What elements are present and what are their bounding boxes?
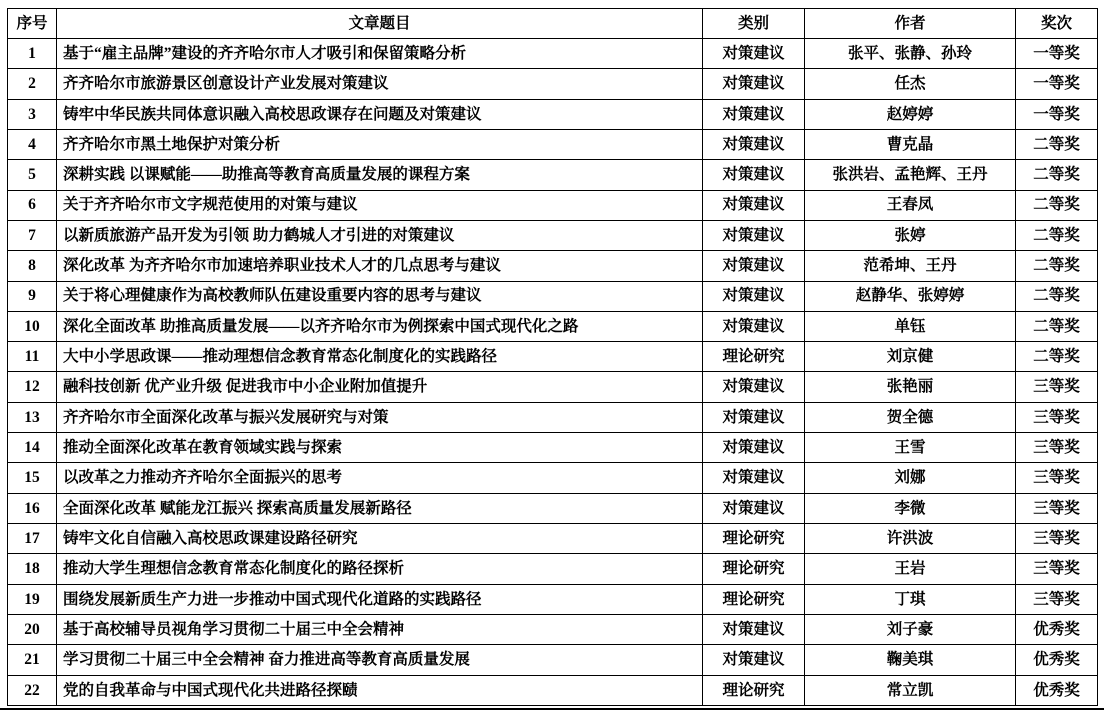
table-row: 18推动大学生理想信念教育常态化制度化的路径探析理论研究王岩三等奖	[8, 554, 1098, 584]
row-number-cell: 7	[8, 220, 57, 250]
award-cell: 三等奖	[1016, 463, 1098, 493]
category-cell: 对策建议	[703, 39, 805, 69]
award-cell: 三等奖	[1016, 584, 1098, 614]
row-number-cell: 18	[8, 554, 57, 584]
author-cell: 曹克晶	[805, 129, 1016, 159]
award-cell: 一等奖	[1016, 39, 1098, 69]
award-cell: 三等奖	[1016, 524, 1098, 554]
author-cell: 刘子豪	[805, 614, 1016, 644]
category-cell: 对策建议	[703, 433, 805, 463]
category-cell: 对策建议	[703, 190, 805, 220]
article-title-cell: 铸牢中华民族共同体意识融入高校思政课存在问题及对策建议	[57, 99, 703, 129]
category-cell: 理论研究	[703, 342, 805, 372]
category-cell: 理论研究	[703, 584, 805, 614]
category-cell: 对策建议	[703, 645, 805, 675]
award-cell: 三等奖	[1016, 554, 1098, 584]
author-cell: 王雪	[805, 433, 1016, 463]
author-cell: 鞠美琪	[805, 645, 1016, 675]
table-row: 2齐齐哈尔市旅游景区创意设计产业发展对策建议对策建议任杰一等奖	[8, 69, 1098, 99]
category-cell: 对策建议	[703, 99, 805, 129]
article-title-cell: 融科技创新 优产业升级 促进我市中小企业附加值提升	[57, 372, 703, 402]
row-number-cell: 14	[8, 433, 57, 463]
table-row: 16全面深化改革 赋能龙江振兴 探索高质量发展新路径对策建议李微三等奖	[8, 493, 1098, 523]
award-cell: 二等奖	[1016, 251, 1098, 281]
row-number-cell: 6	[8, 190, 57, 220]
author-cell: 许洪波	[805, 524, 1016, 554]
col-header-category: 类别	[703, 9, 805, 39]
article-title-cell: 齐齐哈尔市全面深化改革与振兴发展研究与对策	[57, 402, 703, 432]
article-title-cell: 深化全面改革 助推高质量发展——以齐齐哈尔市为例探索中国式现代化之路	[57, 311, 703, 341]
row-number-cell: 9	[8, 281, 57, 311]
article-title-cell: 齐齐哈尔市旅游景区创意设计产业发展对策建议	[57, 69, 703, 99]
table-header: 序号 文章题目 类别 作者 奖次	[8, 9, 1098, 39]
award-cell: 二等奖	[1016, 342, 1098, 372]
author-cell: 李微	[805, 493, 1016, 523]
author-cell: 张艳丽	[805, 372, 1016, 402]
table-row: 11大中小学思政课——推动理想信念教育常态化制度化的实践路径理论研究刘京健二等奖	[8, 342, 1098, 372]
category-cell: 理论研究	[703, 524, 805, 554]
author-cell: 张婷	[805, 220, 1016, 250]
article-title-cell: 铸牢文化自信融入高校思政课建设路径研究	[57, 524, 703, 554]
author-cell: 赵婷婷	[805, 99, 1016, 129]
award-cell: 三等奖	[1016, 433, 1098, 463]
row-number-cell: 1	[8, 39, 57, 69]
col-header-index: 序号	[8, 9, 57, 39]
award-cell: 优秀奖	[1016, 614, 1098, 644]
row-number-cell: 4	[8, 129, 57, 159]
author-cell: 王岩	[805, 554, 1016, 584]
category-cell: 理论研究	[703, 554, 805, 584]
col-header-author: 作者	[805, 9, 1016, 39]
row-number-cell: 10	[8, 311, 57, 341]
author-cell: 张洪岩、孟艳辉、王丹	[805, 160, 1016, 190]
table-row: 20基于高校辅导员视角学习贯彻二十届三中全会精神对策建议刘子豪优秀奖	[8, 614, 1098, 644]
row-number-cell: 11	[8, 342, 57, 372]
category-cell: 对策建议	[703, 463, 805, 493]
table-row: 5深耕实践 以课赋能——助推高等教育高质量发展的课程方案对策建议张洪岩、孟艳辉、…	[8, 160, 1098, 190]
article-title-cell: 学习贯彻二十届三中全会精神 奋力推进高等教育高质量发展	[57, 645, 703, 675]
author-cell: 丁琪	[805, 584, 1016, 614]
header-row: 序号 文章题目 类别 作者 奖次	[8, 9, 1098, 39]
award-cell: 二等奖	[1016, 160, 1098, 190]
row-number-cell: 19	[8, 584, 57, 614]
table-body: 1基于“雇主品牌”建设的齐齐哈尔市人才吸引和保留策略分析对策建议张平、张静、孙玲…	[8, 39, 1098, 706]
row-number-cell: 17	[8, 524, 57, 554]
author-cell: 单钰	[805, 311, 1016, 341]
table-row: 4齐齐哈尔市黑土地保护对策分析对策建议曹克晶二等奖	[8, 129, 1098, 159]
category-cell: 对策建议	[703, 311, 805, 341]
row-number-cell: 15	[8, 463, 57, 493]
row-number-cell: 12	[8, 372, 57, 402]
author-cell: 王春凤	[805, 190, 1016, 220]
category-cell: 对策建议	[703, 129, 805, 159]
author-cell: 刘娜	[805, 463, 1016, 493]
author-cell: 任杰	[805, 69, 1016, 99]
author-cell: 刘京健	[805, 342, 1016, 372]
article-title-cell: 党的自我革命与中国式现代化共进路径探赜	[57, 675, 703, 705]
category-cell: 理论研究	[703, 675, 805, 705]
article-title-cell: 齐齐哈尔市黑土地保护对策分析	[57, 129, 703, 159]
article-title-cell: 深化改革 为齐齐哈尔市加速培养职业技术人才的几点思考与建议	[57, 251, 703, 281]
category-cell: 对策建议	[703, 69, 805, 99]
table-row: 10深化全面改革 助推高质量发展——以齐齐哈尔市为例探索中国式现代化之路对策建议…	[8, 311, 1098, 341]
category-cell: 对策建议	[703, 251, 805, 281]
category-cell: 对策建议	[703, 402, 805, 432]
award-cell: 二等奖	[1016, 220, 1098, 250]
article-title-cell: 基于“雇主品牌”建设的齐齐哈尔市人才吸引和保留策略分析	[57, 39, 703, 69]
row-number-cell: 21	[8, 645, 57, 675]
table-row: 14推动全面深化改革在教育领域实践与探索对策建议王雪三等奖	[8, 433, 1098, 463]
table-row: 7以新质旅游产品开发为引领 助力鹤城人才引进的对策建议对策建议张婷二等奖	[8, 220, 1098, 250]
author-cell: 张平、张静、孙玲	[805, 39, 1016, 69]
article-title-cell: 基于高校辅导员视角学习贯彻二十届三中全会精神	[57, 614, 703, 644]
category-cell: 对策建议	[703, 372, 805, 402]
table-row: 1基于“雇主品牌”建设的齐齐哈尔市人才吸引和保留策略分析对策建议张平、张静、孙玲…	[8, 39, 1098, 69]
category-cell: 对策建议	[703, 220, 805, 250]
award-cell: 三等奖	[1016, 372, 1098, 402]
document-page: 序号 文章题目 类别 作者 奖次 1基于“雇主品牌”建设的齐齐哈尔市人才吸引和保…	[0, 0, 1104, 712]
author-cell: 常立凯	[805, 675, 1016, 705]
table-row: 13齐齐哈尔市全面深化改革与振兴发展研究与对策对策建议贺全德三等奖	[8, 402, 1098, 432]
table-row: 15以改革之力推动齐齐哈尔全面振兴的思考对策建议刘娜三等奖	[8, 463, 1098, 493]
article-title-cell: 围绕发展新质生产力进一步推动中国式现代化道路的实践路径	[57, 584, 703, 614]
row-number-cell: 22	[8, 675, 57, 705]
article-title-cell: 关于将心理健康作为高校教师队伍建设重要内容的思考与建议	[57, 281, 703, 311]
col-header-title: 文章题目	[57, 9, 703, 39]
row-number-cell: 16	[8, 493, 57, 523]
row-number-cell: 2	[8, 69, 57, 99]
article-title-cell: 推动全面深化改革在教育领域实践与探索	[57, 433, 703, 463]
article-title-cell: 关于齐齐哈尔市文字规范使用的对策与建议	[57, 190, 703, 220]
table-row: 3铸牢中华民族共同体意识融入高校思政课存在问题及对策建议对策建议赵婷婷一等奖	[8, 99, 1098, 129]
table-row: 6关于齐齐哈尔市文字规范使用的对策与建议对策建议王春凤二等奖	[8, 190, 1098, 220]
table-row: 12融科技创新 优产业升级 促进我市中小企业附加值提升对策建议张艳丽三等奖	[8, 372, 1098, 402]
article-title-cell: 以新质旅游产品开发为引领 助力鹤城人才引进的对策建议	[57, 220, 703, 250]
table-row: 19围绕发展新质生产力进一步推动中国式现代化道路的实践路径理论研究丁琪三等奖	[8, 584, 1098, 614]
author-cell: 贺全德	[805, 402, 1016, 432]
row-number-cell: 20	[8, 614, 57, 644]
row-number-cell: 13	[8, 402, 57, 432]
article-title-cell: 全面深化改革 赋能龙江振兴 探索高质量发展新路径	[57, 493, 703, 523]
award-cell: 优秀奖	[1016, 675, 1098, 705]
article-title-cell: 大中小学思政课——推动理想信念教育常态化制度化的实践路径	[57, 342, 703, 372]
category-cell: 对策建议	[703, 614, 805, 644]
award-cell: 二等奖	[1016, 129, 1098, 159]
award-cell: 优秀奖	[1016, 645, 1098, 675]
table-row: 9关于将心理健康作为高校教师队伍建设重要内容的思考与建议对策建议赵静华、张婷婷二…	[8, 281, 1098, 311]
award-cell: 二等奖	[1016, 281, 1098, 311]
bottom-rule	[0, 708, 1104, 710]
article-title-cell: 深耕实践 以课赋能——助推高等教育高质量发展的课程方案	[57, 160, 703, 190]
article-title-cell: 推动大学生理想信念教育常态化制度化的路径探析	[57, 554, 703, 584]
author-cell: 赵静华、张婷婷	[805, 281, 1016, 311]
award-cell: 三等奖	[1016, 402, 1098, 432]
table-row: 17铸牢文化自信融入高校思政课建设路径研究理论研究许洪波三等奖	[8, 524, 1098, 554]
row-number-cell: 5	[8, 160, 57, 190]
table-row: 22党的自我革命与中国式现代化共进路径探赜理论研究常立凯优秀奖	[8, 675, 1098, 705]
article-title-cell: 以改革之力推动齐齐哈尔全面振兴的思考	[57, 463, 703, 493]
award-cell: 三等奖	[1016, 493, 1098, 523]
table-row: 21学习贯彻二十届三中全会精神 奋力推进高等教育高质量发展对策建议鞠美琪优秀奖	[8, 645, 1098, 675]
awards-table: 序号 文章题目 类别 作者 奖次 1基于“雇主品牌”建设的齐齐哈尔市人才吸引和保…	[7, 8, 1098, 706]
row-number-cell: 8	[8, 251, 57, 281]
award-cell: 一等奖	[1016, 69, 1098, 99]
category-cell: 对策建议	[703, 160, 805, 190]
award-cell: 二等奖	[1016, 190, 1098, 220]
col-header-award: 奖次	[1016, 9, 1098, 39]
category-cell: 对策建议	[703, 281, 805, 311]
table-row: 8深化改革 为齐齐哈尔市加速培养职业技术人才的几点思考与建议对策建议范希坤、王丹…	[8, 251, 1098, 281]
row-number-cell: 3	[8, 99, 57, 129]
category-cell: 对策建议	[703, 493, 805, 523]
author-cell: 范希坤、王丹	[805, 251, 1016, 281]
award-cell: 一等奖	[1016, 99, 1098, 129]
award-cell: 二等奖	[1016, 311, 1098, 341]
